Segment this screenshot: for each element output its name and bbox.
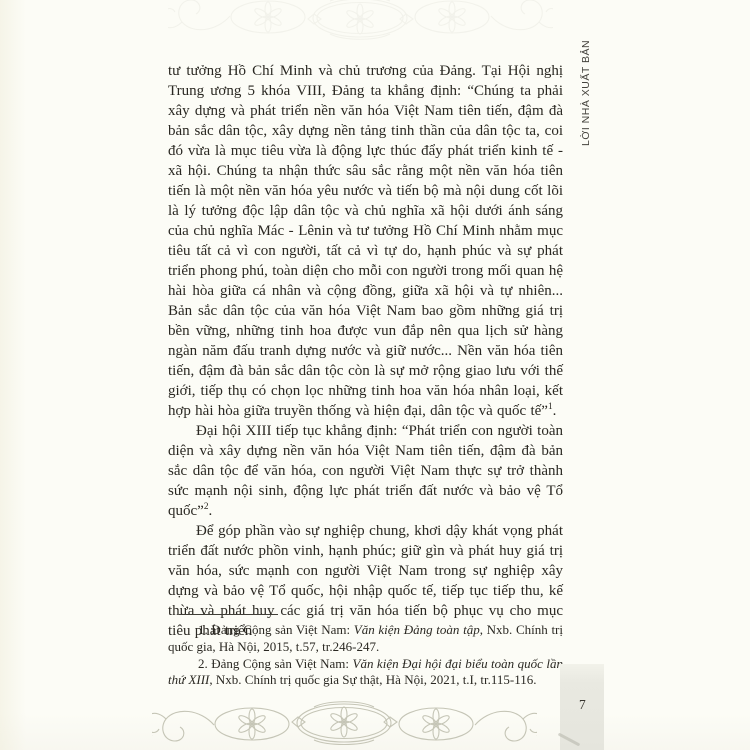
footnotes: 1. Đảng Cộng sản Việt Nam: Văn kiện Đảng… <box>168 614 563 689</box>
ornament-border-bottom <box>152 695 537 747</box>
body-text: tư tưởng Hồ Chí Minh và chủ trương của Đ… <box>168 61 563 641</box>
page-number: 7 <box>579 697 586 713</box>
running-head-vertical: LỜI NHÀ XUẤT BẢN <box>580 40 592 146</box>
footnote: 2. Đảng Cộng sản Việt Nam: Văn kiện Đại … <box>168 656 563 690</box>
footnote: 1. Đảng Cộng sản Việt Nam: Văn kiện Đảng… <box>168 622 563 656</box>
ornament-border-top <box>168 2 553 46</box>
footnote-separator <box>179 614 278 615</box>
footnote-list: 1. Đảng Cộng sản Việt Nam: Văn kiện Đảng… <box>168 622 563 689</box>
book-page: tư tưởng Hồ Chí Minh và chủ trương của Đ… <box>0 0 750 750</box>
body-paragraph: Đại hội XIII tiếp tục khẳng định: “Phát … <box>168 421 563 521</box>
body-paragraph: tư tưởng Hồ Chí Minh và chủ trương của Đ… <box>168 61 563 421</box>
